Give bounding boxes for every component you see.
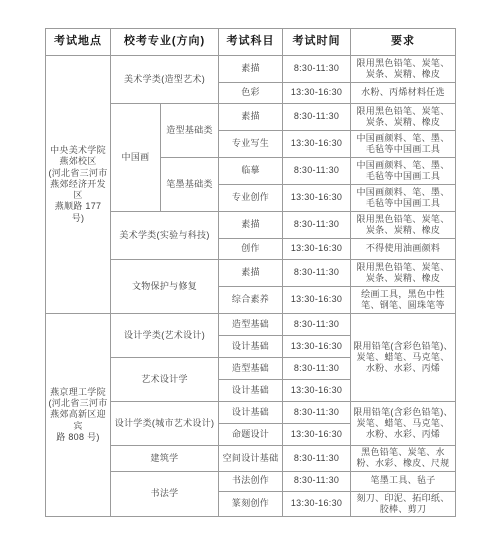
requirement-cell: 限用黑色铅笔、炭笔、炭条、炭精、橡皮 <box>351 260 456 287</box>
major-cell-art-design-studies: 艺术设计学 <box>111 358 219 402</box>
time-cell: 8:30-11:30 <box>283 56 351 83</box>
subject-cell: 命题设计 <box>219 424 283 446</box>
subject-cell: 综合素养 <box>219 287 283 314</box>
location-cell-yanjing-institute: 燕京理工学院 (河北省三河市 燕郊高新区迎宾 路 808 号) <box>46 314 111 517</box>
requirement-cell: 限用铅笔(含彩色铅笔)、炭笔、蜡笔、马克笔、水粉、水彩、丙烯 <box>351 402 456 446</box>
time-cell: 8:30-11:30 <box>283 104 351 131</box>
requirement-cell: 绘画工具，黑色中性笔、钢笔、圆珠笔等 <box>351 287 456 314</box>
time-cell: 13:30-16:30 <box>283 287 351 314</box>
submajor-cell-brush-ink-basics: 笔墨基础类 <box>161 158 219 212</box>
requirement-cell: 黑色铅笔、炭笔、水粉、水彩、橡皮、尺规 <box>351 446 456 472</box>
time-cell: 13:30-16:30 <box>283 380 351 402</box>
time-cell: 8:30-11:30 <box>283 158 351 185</box>
page: 考试地点 校考专业(方向) 考试科目 考试时间 要求 中央美术学院 燕郊校区 (… <box>0 0 500 539</box>
col-header-time: 考试时间 <box>283 29 351 56</box>
col-header-requirement: 要求 <box>351 29 456 56</box>
col-header-major: 校考专业(方向) <box>111 29 219 56</box>
subject-cell: 空间设计基础 <box>219 446 283 472</box>
time-cell: 8:30-11:30 <box>283 260 351 287</box>
subject-cell: 临摹 <box>219 158 283 185</box>
table-row: 中央美术学院 燕郊校区 (河北省三河市 燕郊经济开发区 燕顺路 177 号) 美… <box>46 56 456 83</box>
submajor-cell-modeling-basics: 造型基础类 <box>161 104 219 158</box>
time-cell: 13:30-16:30 <box>283 491 351 517</box>
exam-schedule-table: 考试地点 校考专业(方向) 考试科目 考试时间 要求 中央美术学院 燕郊校区 (… <box>45 28 456 517</box>
time-cell: 13:30-16:30 <box>283 185 351 212</box>
major-cell-architecture: 建筑学 <box>111 446 219 472</box>
location-cell-cafa-yanjiao: 中央美术学院 燕郊校区 (河北省三河市 燕郊经济开发区 燕顺路 177 号) <box>46 56 111 314</box>
major-cell-design-art-design: 设计学类(艺术设计) <box>111 314 219 358</box>
requirement-cell: 中国画颜料、笔、墨、毛毡等中国画工具 <box>351 131 456 158</box>
time-cell: 8:30-11:30 <box>283 471 351 491</box>
time-cell: 13:30-16:30 <box>283 336 351 358</box>
header-row: 考试地点 校考专业(方向) 考试科目 考试时间 要求 <box>46 29 456 56</box>
major-cell-calligraphy: 书法学 <box>111 471 219 517</box>
table-row: 燕京理工学院 (河北省三河市 燕郊高新区迎宾 路 808 号) 设计学类(艺术设… <box>46 314 456 336</box>
subject-cell: 色彩 <box>219 83 283 104</box>
subject-cell: 专业创作 <box>219 185 283 212</box>
major-cell-fine-arts-experiment-tech: 美术学类(实验与科技) <box>111 212 219 260</box>
time-cell: 13:30-16:30 <box>283 424 351 446</box>
col-header-subject: 考试科目 <box>219 29 283 56</box>
subject-cell: 素描 <box>219 260 283 287</box>
time-cell: 8:30-11:30 <box>283 212 351 239</box>
requirement-cell: 限用黑色铅笔、炭笔、炭条、炭精、橡皮 <box>351 104 456 131</box>
subject-cell: 造型基础 <box>219 314 283 336</box>
subject-cell: 素描 <box>219 104 283 131</box>
requirement-cell: 限用黑色铅笔、炭笔、炭条、炭精、橡皮 <box>351 56 456 83</box>
time-cell: 8:30-11:30 <box>283 446 351 472</box>
requirement-cell: 限用黑色铅笔、炭笔、炭条、炭精、橡皮 <box>351 212 456 239</box>
time-cell: 8:30-11:30 <box>283 314 351 336</box>
major-cell-heritage-conservation: 文物保护与修复 <box>111 260 219 314</box>
subject-cell: 篆刻创作 <box>219 491 283 517</box>
requirement-cell: 中国画颜料、笔、墨、毛毡等中国画工具 <box>351 158 456 185</box>
subject-cell: 创作 <box>219 239 283 260</box>
subject-cell: 素描 <box>219 212 283 239</box>
major-cell-design-urban-art-design: 设计学类(城市艺术设计) <box>111 402 219 446</box>
requirement-cell: 笔墨工具、毡子 <box>351 471 456 491</box>
subject-cell: 专业写生 <box>219 131 283 158</box>
subject-cell: 设计基础 <box>219 380 283 402</box>
major-cell-fine-arts-plastic: 美术学类(造型艺术) <box>111 56 219 104</box>
subject-cell: 书法创作 <box>219 471 283 491</box>
time-cell: 8:30-11:30 <box>283 402 351 424</box>
subject-cell: 设计基础 <box>219 336 283 358</box>
subject-cell: 设计基础 <box>219 402 283 424</box>
requirement-cell: 水粉、丙烯材料任选 <box>351 83 456 104</box>
time-cell: 8:30-11:30 <box>283 358 351 380</box>
time-cell: 13:30-16:30 <box>283 83 351 104</box>
requirement-cell: 不得使用油画颜料 <box>351 239 456 260</box>
subject-cell: 造型基础 <box>219 358 283 380</box>
requirement-cell: 刻刀、印泥、拓印纸、胶棒、剪刀 <box>351 491 456 517</box>
major-cell-chinese-painting: 中国画 <box>111 104 161 212</box>
requirement-cell: 限用铅笔(含彩色铅笔)、炭笔、蜡笔、马克笔、水粉、水彩、丙烯 <box>351 314 456 402</box>
requirement-cell: 中国画颜料、笔、墨、毛毡等中国画工具 <box>351 185 456 212</box>
time-cell: 13:30-16:30 <box>283 131 351 158</box>
subject-cell: 素描 <box>219 56 283 83</box>
time-cell: 13:30-16:30 <box>283 239 351 260</box>
col-header-location: 考试地点 <box>46 29 111 56</box>
